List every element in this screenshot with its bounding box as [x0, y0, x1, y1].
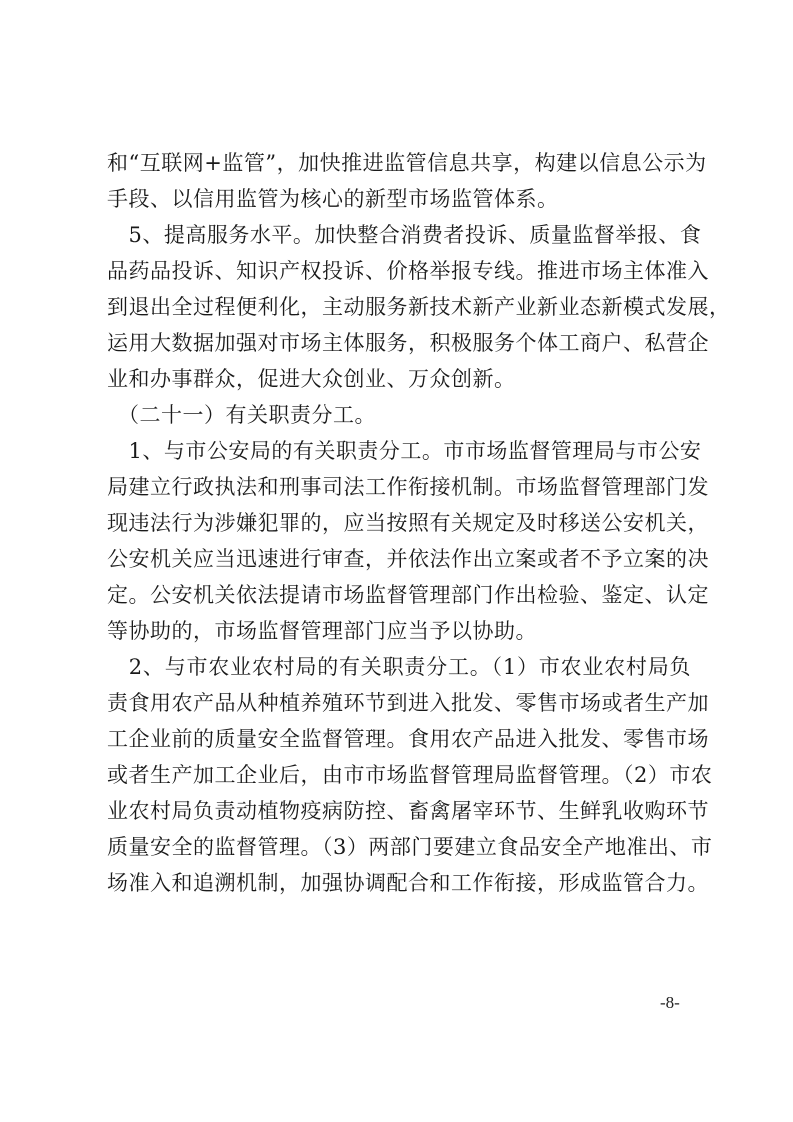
paragraph-line: 场准入和追溯机制，加强协调配合和工作衔接，形成监管合力。 — [107, 865, 691, 901]
paragraph-line: 和“互联网+监管”，加快推进监管信息共享，构建以信息公示为 — [107, 145, 691, 181]
paragraph-line: 质量安全的监督管理。（3）两部门要建立食品安全产地准出、市 — [107, 829, 691, 865]
paragraph-line: 5、提高服务水平。加快整合消费者投诉、质量监督举报、食 — [107, 217, 691, 253]
document-body: 和“互联网+监管”，加快推进监管信息共享，构建以信息公示为 手段、以信用监管为核… — [107, 145, 691, 901]
page-number: -8- — [660, 993, 680, 1013]
paragraph-line: 责食用农产品从种植养殖环节到进入批发、零售市场或者生产加 — [107, 685, 691, 721]
paragraph-line: 或者生产加工企业后，由市市场监督管理局监督管理。（2）市农 — [107, 757, 691, 793]
paragraph-line: 品药品投诉、知识产权投诉、价格举报专线。推进市场主体准入 — [107, 253, 691, 289]
document-page: 和“互联网+监管”，加快推进监管信息共享，构建以信息公示为 手段、以信用监管为核… — [0, 0, 793, 1122]
paragraph-line: 现违法行为涉嫌犯罪的，应当按照有关规定及时移送公安机关， — [107, 505, 691, 541]
paragraph-line: 1、与市公安局的有关职责分工。市市场监督管理局与市公安 — [107, 433, 691, 469]
paragraph-line: 业农村局负责动植物疫病防控、畜禽屠宰环节、生鲜乳收购环节 — [107, 793, 691, 829]
paragraph-line: 业和办事群众，促进大众创业、万众创新。 — [107, 361, 691, 397]
paragraph-line: 工企业前的质量安全监督管理。食用农产品进入批发、零售市场 — [107, 721, 691, 757]
paragraph-line: 运用大数据加强对市场主体服务，积极服务个体工商户、私营企 — [107, 325, 691, 361]
paragraph-line: 公安机关应当迅速进行审查，并依法作出立案或者不予立案的决 — [107, 541, 691, 577]
paragraph-line: 到退出全过程便利化，主动服务新技术新产业新业态新模式发展， — [107, 289, 691, 325]
section-heading: （二十一）有关职责分工。 — [107, 397, 691, 433]
paragraph-line: 定。公安机关依法提请市场监督管理部门作出检验、鉴定、认定 — [107, 577, 691, 613]
paragraph-line: 手段、以信用监管为核心的新型市场监管体系。 — [107, 181, 691, 217]
paragraph-line: 等协助的，市场监督管理部门应当予以协助。 — [107, 613, 691, 649]
paragraph-line: 2、与市农业农村局的有关职责分工。（1）市农业农村局负 — [107, 649, 691, 685]
paragraph-line: 局建立行政执法和刑事司法工作衔接机制。市场监督管理部门发 — [107, 469, 691, 505]
